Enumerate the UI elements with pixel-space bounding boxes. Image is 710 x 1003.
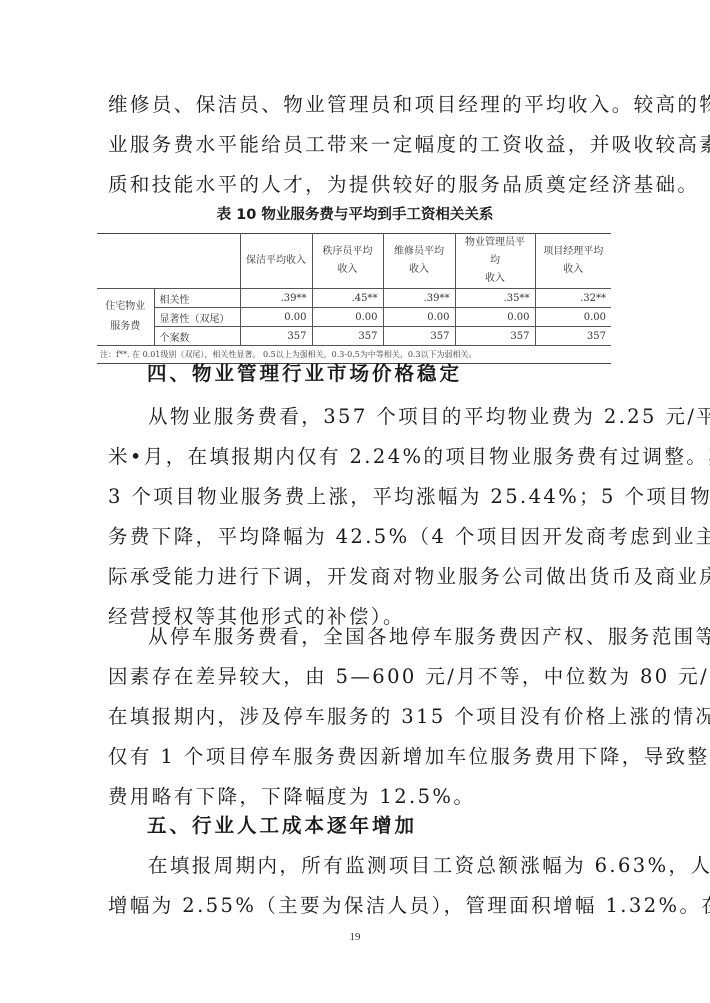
table-cell: 357 bbox=[455, 327, 535, 346]
text-line: 在填报周期内，所有监测项目工资总额涨幅为 6.63%，人员 bbox=[108, 846, 604, 886]
section-heading: 五、行业人工成本逐年增加 bbox=[147, 810, 417, 838]
table-cell: 0.00 bbox=[312, 308, 383, 327]
text-line: 米•月，在填报期内仅有 2.24%的项目物业服务费有过调整。其中 bbox=[108, 437, 604, 477]
table-cell: 0.00 bbox=[240, 308, 312, 327]
column-header: 秩序员平均收入 bbox=[312, 234, 383, 289]
paragraph-labor-cost: 在填报周期内，所有监测项目工资总额涨幅为 6.63%，人员 增幅为 2.55%（… bbox=[108, 846, 604, 926]
text-line: 从物业服务费看，357 个项目的平均物业费为 2.25 元/平方 bbox=[108, 397, 604, 437]
table-row: 住宅物业服务费 相关性 .39** .45** .39** .35** .32*… bbox=[97, 289, 611, 308]
table-cell: .35** bbox=[455, 289, 535, 308]
text-line: 增幅为 2.55%（主要为保洁人员），管理面积增幅 1.32%。在物 bbox=[108, 886, 604, 926]
text-line: 在填报期内，涉及停车服务的 315 个项目没有价格上涨的情况， bbox=[108, 697, 604, 737]
paragraph-parking-fee: 从停车服务费看，全国各地停车服务费因产权、服务范围等 因素存在差异较大，由 5—… bbox=[108, 617, 604, 817]
row-label: 显著性（双尾） bbox=[154, 308, 240, 327]
table-cell: 0.00 bbox=[383, 308, 455, 327]
text-line: 务费下降，平均降幅为 42.5%（4 个项目因开发商考虑到业主实 bbox=[108, 517, 604, 557]
row-label: 个案数 bbox=[154, 327, 240, 346]
table-caption: 表 10 物业服务费与平均到手工资相关关系 bbox=[0, 203, 710, 224]
header-blank-cell bbox=[97, 234, 240, 289]
text-line: 仅有 1 个项目停车服务费因新增加车位服务费用下降，导致整体 bbox=[108, 737, 604, 777]
table-cell: 0.00 bbox=[535, 308, 611, 327]
column-header: 维修员平均收入 bbox=[383, 234, 455, 289]
column-header: 物业管理员平均收入 bbox=[455, 234, 535, 289]
table-cell: .32** bbox=[535, 289, 611, 308]
text-line: 因素存在差异较大，由 5—600 元/月不等，中位数为 80 元/月； bbox=[108, 657, 604, 697]
table-cell: 357 bbox=[535, 327, 611, 346]
section-heading: 四、物业管理行业市场价格稳定 bbox=[147, 358, 462, 386]
paragraph-property-fee: 从物业服务费看，357 个项目的平均物业费为 2.25 元/平方 米•月，在填报… bbox=[108, 397, 604, 637]
table-cell: 357 bbox=[240, 327, 312, 346]
row-group-label: 住宅物业服务费 bbox=[97, 289, 154, 346]
row-label: 相关性 bbox=[154, 289, 240, 308]
table-row: 显著性（双尾） 0.00 0.00 0.00 0.00 0.00 bbox=[97, 308, 611, 327]
table-cell: .39** bbox=[240, 289, 312, 308]
table-header-row: 保洁平均收入 秩序员平均收入 维修员平均收入 物业管理员平均收入 项目经理平均收… bbox=[97, 234, 611, 289]
table-cell: .39** bbox=[383, 289, 455, 308]
table-cell: 357 bbox=[383, 327, 455, 346]
column-header: 项目经理平均收入 bbox=[535, 234, 611, 289]
text-line: 质和技能水平的人才，为提供较好的服务品质奠定经济基础。 bbox=[108, 165, 604, 205]
table-cell: 0.00 bbox=[455, 308, 535, 327]
table-row: 个案数 357 357 357 357 357 bbox=[97, 327, 611, 346]
page-number: 19 bbox=[0, 931, 710, 943]
text-line: 业服务费水平能给员工带来一定幅度的工资收益，并吸收较高素 bbox=[108, 125, 604, 165]
intro-paragraph: 维修员、保洁员、物业管理员和项目经理的平均收入。较高的物 业服务费水平能给员工带… bbox=[108, 85, 604, 205]
text-line: 从停车服务费看，全国各地停车服务费因产权、服务范围等 bbox=[108, 617, 604, 657]
text-line: 际承受能力进行下调，开发商对物业服务公司做出货币及商业房 bbox=[108, 557, 604, 597]
text-line: 3 个项目物业服务费上涨，平均涨幅为 25.44%；5 个项目物业服 bbox=[108, 477, 604, 517]
text-line: 维修员、保洁员、物业管理员和项目经理的平均收入。较高的物 bbox=[108, 85, 604, 125]
correlation-table: 保洁平均收入 秩序员平均收入 维修员平均收入 物业管理员平均收入 项目经理平均收… bbox=[97, 233, 611, 364]
column-header: 保洁平均收入 bbox=[240, 234, 312, 289]
table-cell: .45** bbox=[312, 289, 383, 308]
table-cell: 357 bbox=[312, 327, 383, 346]
